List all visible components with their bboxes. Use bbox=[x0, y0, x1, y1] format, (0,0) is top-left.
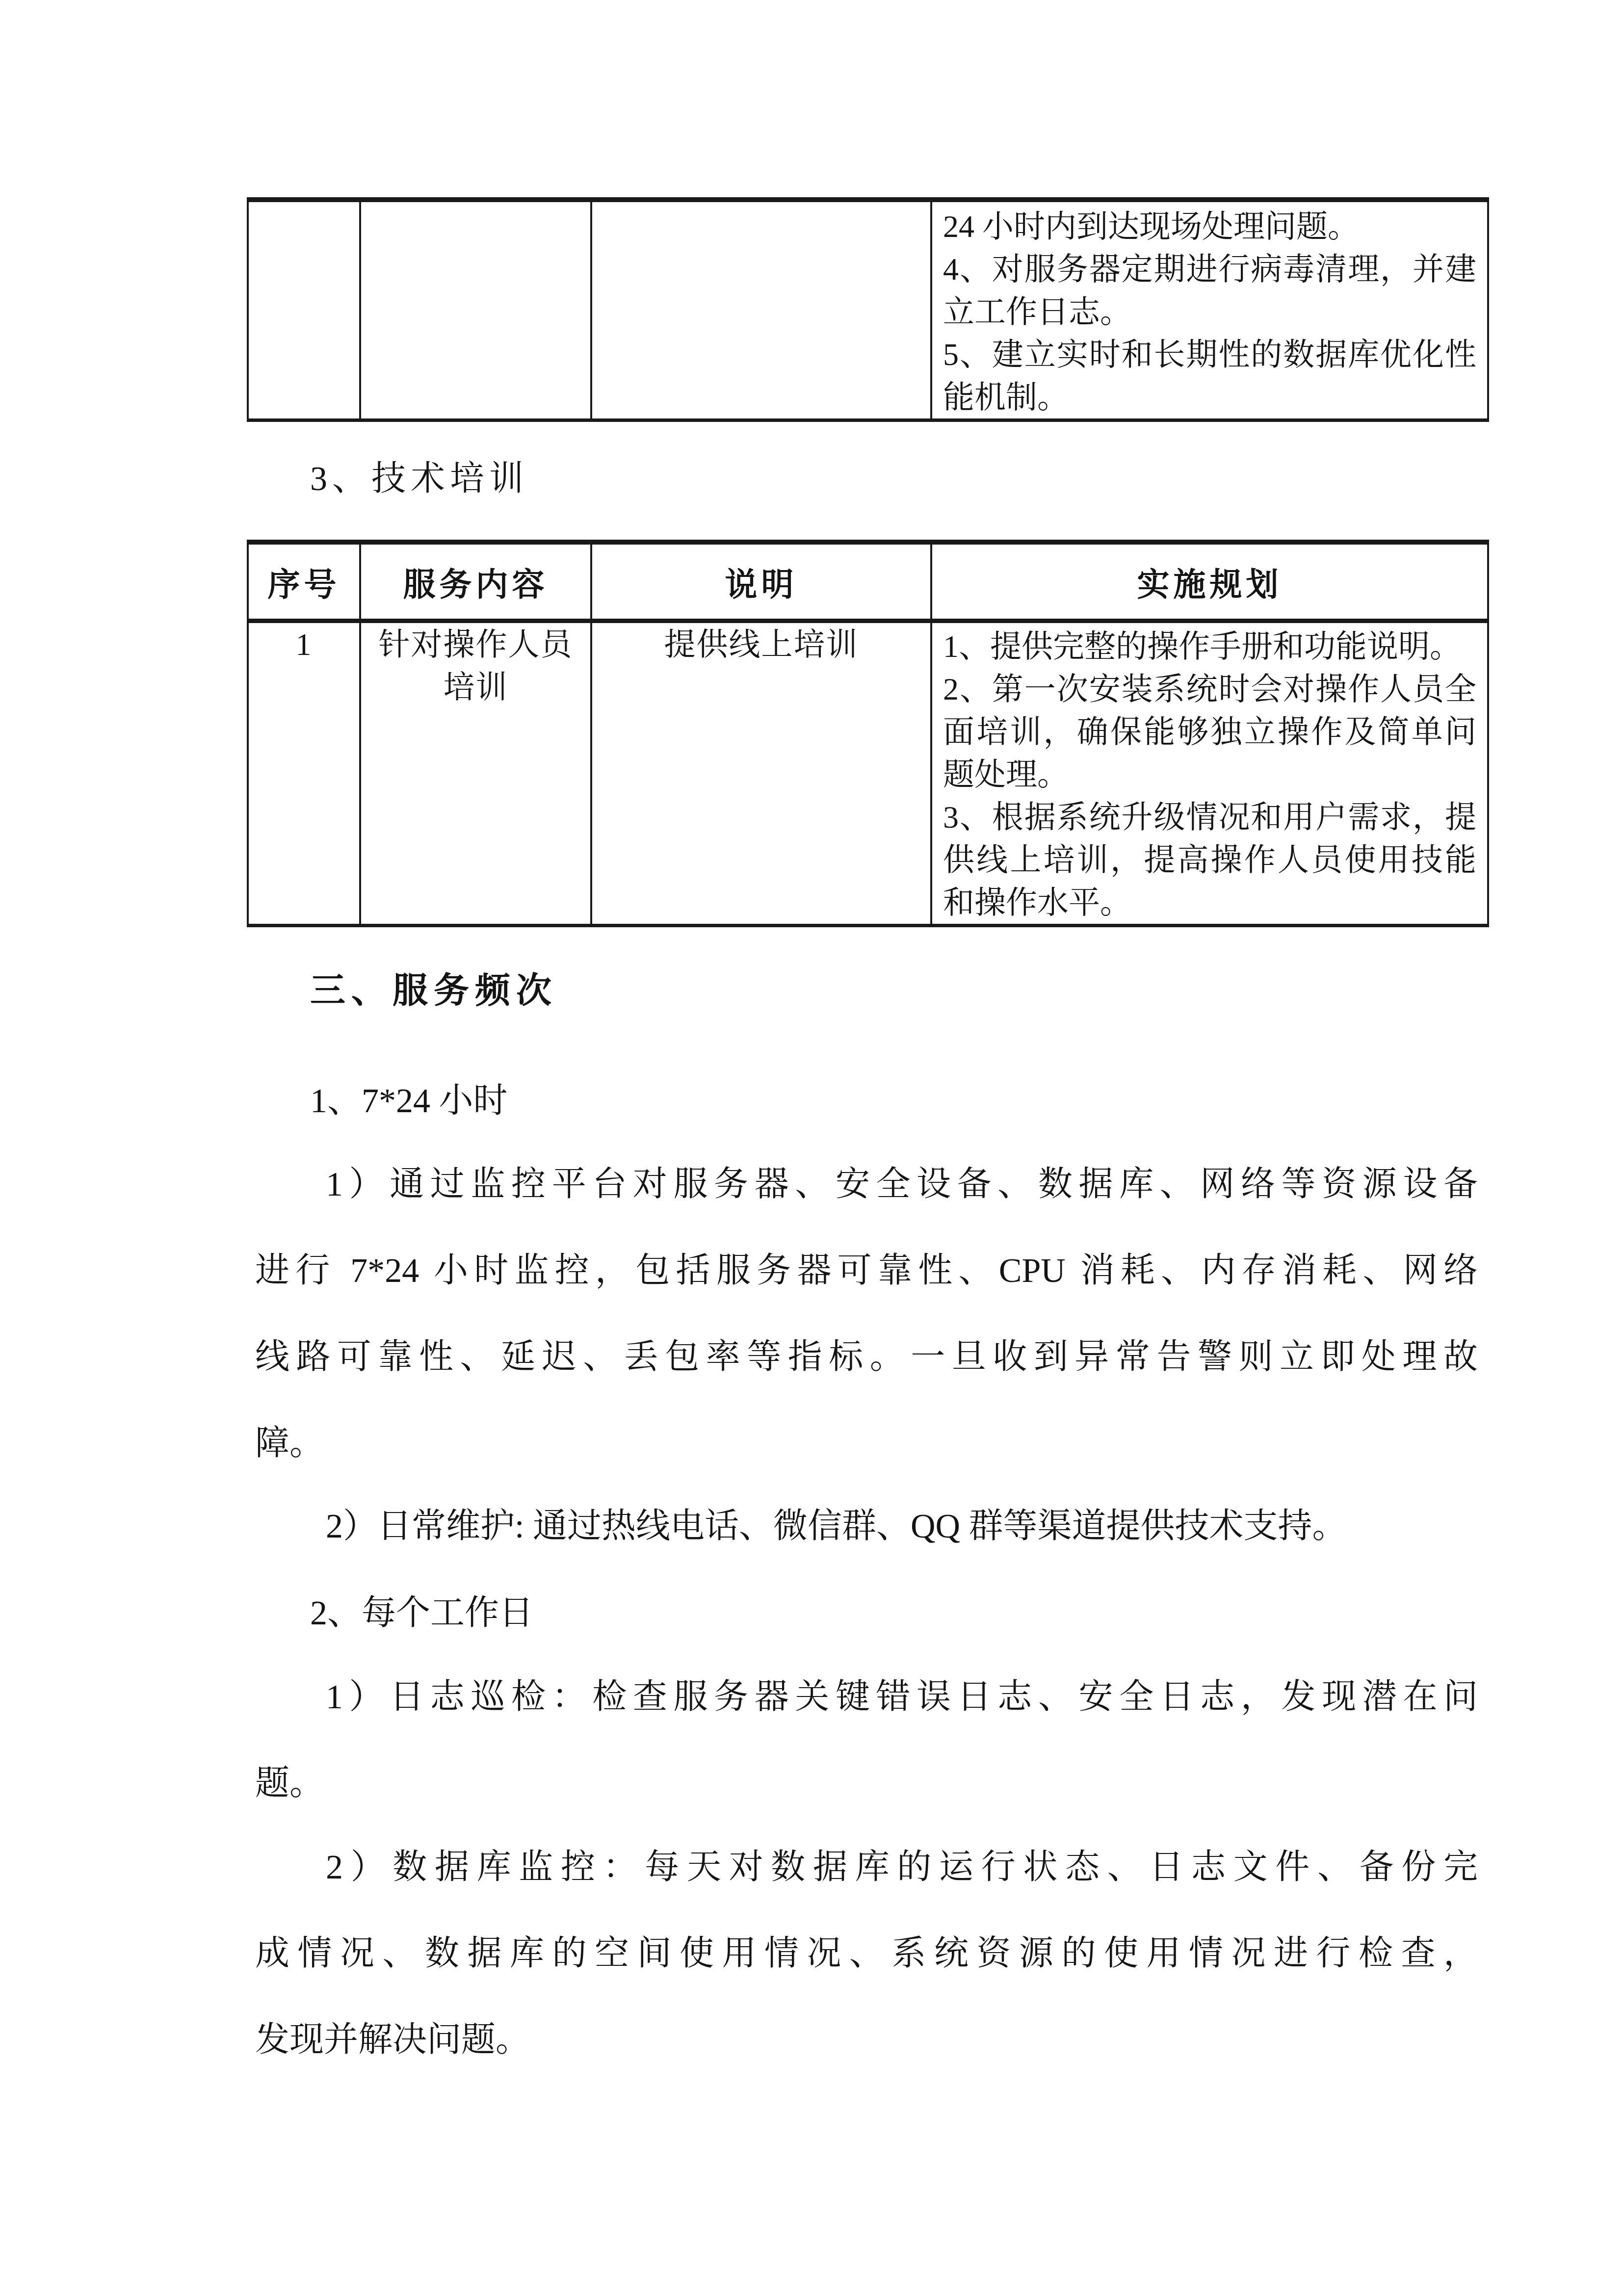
heading-7x24-hours: 1、7*24 小时 bbox=[255, 1058, 1533, 1145]
carryover-table-row: 24 小时内到达现场处理问题。4、对服务器定期进行病毒清理，并建立工作日志。5、… bbox=[248, 200, 1488, 420]
document-page: 24 小时内到达现场处理问题。4、对服务器定期进行病毒清理，并建立工作日志。5、… bbox=[0, 0, 1624, 2296]
heading-every-workday: 2、每个工作日 bbox=[255, 1570, 1533, 1657]
cell-seq: 1 bbox=[248, 621, 360, 926]
paragraph-database-monitoring: 2）数据库监控：每天对数据库的运行状态、日志文件、备份完成情况、数据库的空间使用… bbox=[255, 1825, 1478, 2084]
heading-technical-training: 3、技术培训 bbox=[255, 436, 1533, 522]
training-table: 序号 服务内容 说明 实施规划 1 针对操作人员 培训 提供线上培训 1、提供完… bbox=[247, 540, 1489, 927]
carryover-cell-seq bbox=[248, 200, 360, 420]
carryover-cell-service-content bbox=[360, 200, 591, 420]
header-cell-service-content: 服务内容 bbox=[360, 542, 591, 621]
carryover-cell-description bbox=[591, 200, 931, 420]
paragraph-log-inspection: 1）日志巡检：检查服务器关键错误日志、安全日志，发现潜在问题。 bbox=[255, 1654, 1478, 1827]
carryover-cell-implementation-plan: 24 小时内到达现场处理问题。4、对服务器定期进行病毒清理，并建立工作日志。5、… bbox=[931, 200, 1488, 420]
heading-service-frequency: 三、服务频次 bbox=[255, 947, 1533, 1034]
training-table-row: 1 针对操作人员 培训 提供线上培训 1、提供完整的操作手册和功能说明。2、第一… bbox=[248, 621, 1488, 926]
cell-description: 提供线上培训 bbox=[591, 621, 931, 926]
cell-service-content: 针对操作人员 培训 bbox=[360, 621, 591, 926]
header-cell-seq: 序号 bbox=[248, 542, 360, 621]
header-cell-implementation-plan: 实施规划 bbox=[931, 542, 1488, 621]
cell-implementation-plan: 1、提供完整的操作手册和功能说明。2、第一次安装系统时会对操作人员全面培训，确保… bbox=[931, 621, 1488, 926]
training-table-header-row: 序号 服务内容 说明 实施规划 bbox=[248, 542, 1488, 621]
header-cell-description: 说明 bbox=[591, 542, 931, 621]
carryover-table: 24 小时内到达现场处理问题。4、对服务器定期进行病毒清理，并建立工作日志。5、… bbox=[247, 197, 1489, 422]
paragraph-monitoring: 1）通过监控平台对服务器、安全设备、数据库、网络等资源设备进行 7*24 小时监… bbox=[255, 1142, 1478, 1487]
paragraph-daily-maintenance: 2）日常维护: 通过热线电话、微信群、QQ 群等渠道提供技术支持。 bbox=[255, 1484, 1478, 1570]
